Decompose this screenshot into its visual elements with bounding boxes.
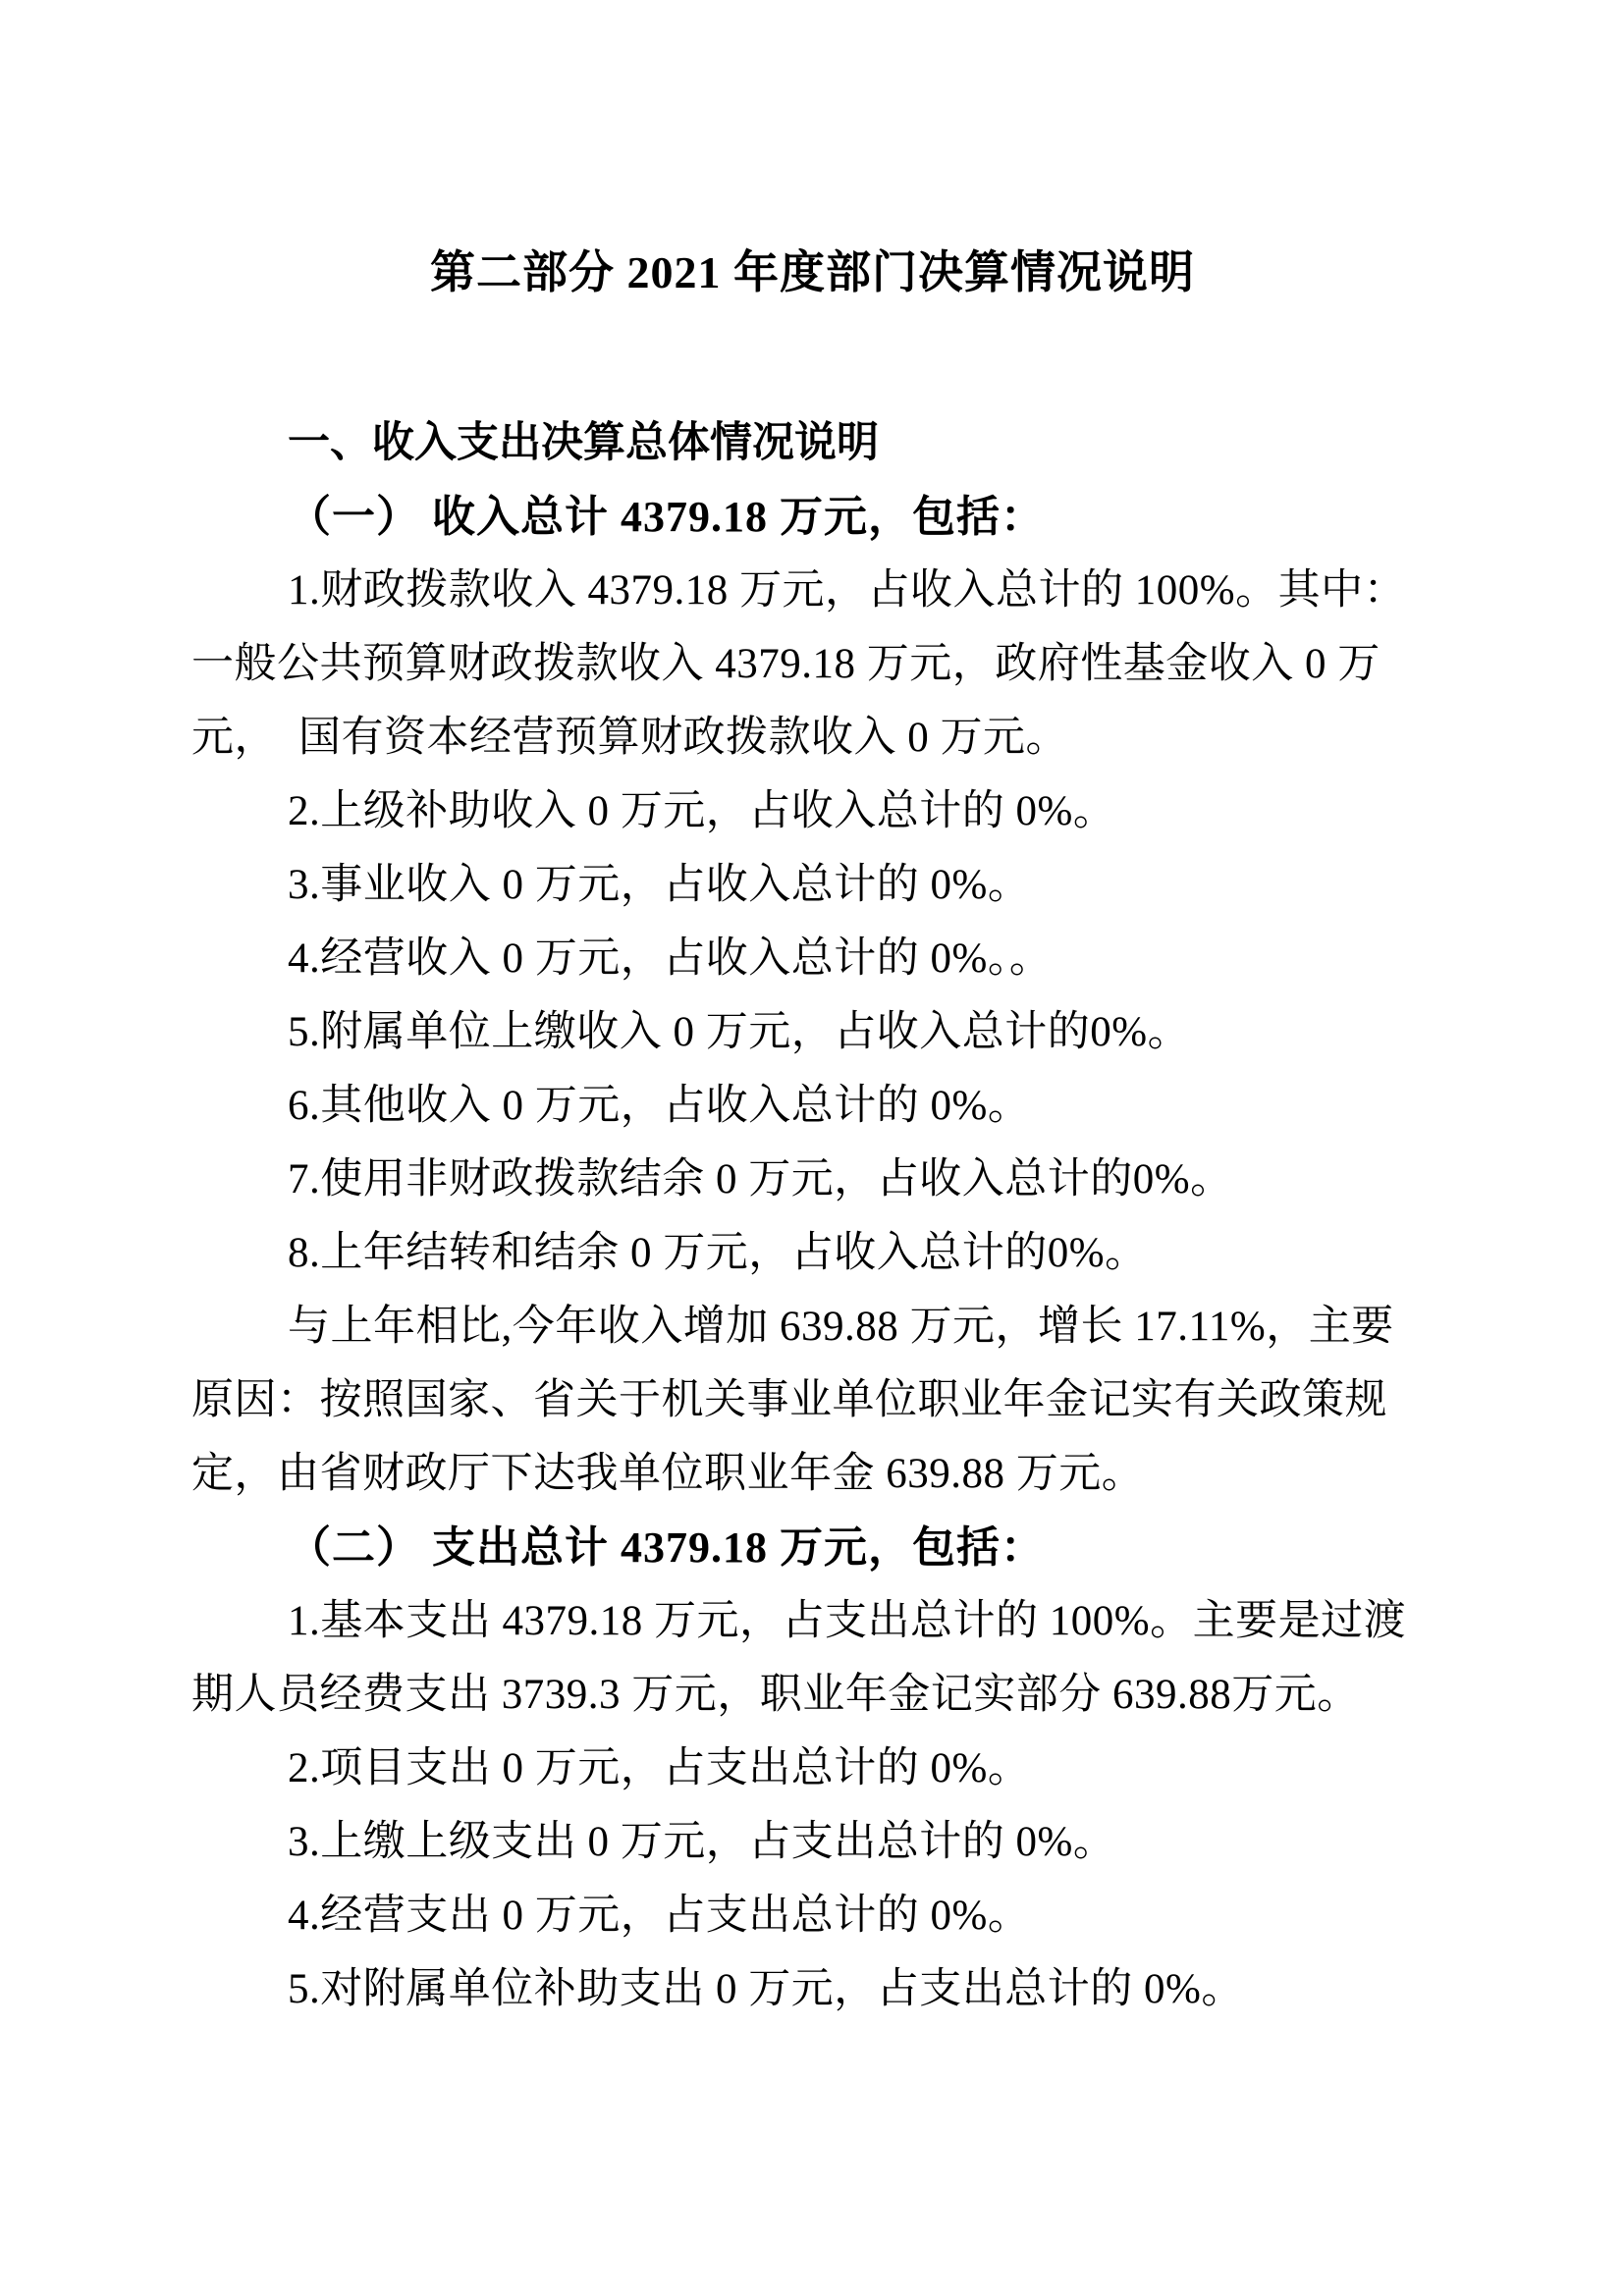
- text-line: 3.上缴上级支出 0 万元，占支出总计的 0%。: [191, 1805, 1434, 1879]
- text-line: 原因：按照国家、省关于机关事业单位职业年金记实有关政策规: [191, 1363, 1434, 1437]
- text-line: 2.上级补助收入 0 万元，占收入总计的 0%。: [191, 774, 1434, 848]
- document-page: 第二部分 2021 年度部门决算情况说明 一、收入支出决算总体情况说明（一） 收…: [0, 0, 1624, 2296]
- text-line: 1.财政拨款收入 4379.18 万元，占收入总计的 100%。其中：: [191, 554, 1434, 627]
- text-line: 6.其他收入 0 万元，占收入总计的 0%。: [191, 1069, 1434, 1143]
- text-line: （二） 支出总计 4379.18 万元，包括：: [191, 1511, 1434, 1584]
- text-line: 3.事业收入 0 万元，占收入总计的 0%。: [191, 848, 1434, 922]
- text-line: 与上年相比,今年收入增加 639.88 万元，增长 17.11%，主要: [191, 1290, 1434, 1363]
- document-title: 第二部分 2021 年度部门决算情况说明: [191, 245, 1434, 300]
- document-content: 第二部分 2021 年度部门决算情况说明 一、收入支出决算总体情况说明（一） 收…: [191, 0, 1434, 2026]
- text-line: 4.经营收入 0 万元，占收入总计的 0%。。: [191, 922, 1434, 995]
- text-line: （一） 收入总计 4379.18 万元，包括：: [191, 480, 1434, 554]
- text-line: 一般公共预算财政拨款收入 4379.18 万元，政府性基金收入 0 万: [191, 627, 1434, 701]
- text-line: 定，由省财政厅下达我单位职业年金 639.88 万元。: [191, 1437, 1434, 1511]
- text-line: 5.附属单位上缴收入 0 万元，占收入总计的0%。: [191, 995, 1434, 1069]
- text-line: 5.对附属单位补助支出 0 万元，占支出总计的 0%。: [191, 1952, 1434, 2026]
- text-line: 一、收入支出决算总体情况说明: [191, 406, 1434, 480]
- text-line: 期人员经费支出 3739.3 万元，职业年金记实部分 639.88万元。: [191, 1658, 1434, 1732]
- text-line: 1.基本支出 4379.18 万元，占支出总计的 100%。主要是过渡: [191, 1584, 1434, 1658]
- text-line: 4.经营支出 0 万元，占支出总计的 0%。: [191, 1879, 1434, 1952]
- text-line: 2.项目支出 0 万元，占支出总计的 0%。: [191, 1732, 1434, 1805]
- text-line: 8.上年结转和结余 0 万元，占收入总计的0%。: [191, 1216, 1434, 1290]
- document-body: 一、收入支出决算总体情况说明（一） 收入总计 4379.18 万元，包括：1.财…: [191, 406, 1434, 2026]
- text-line: 7.使用非财政拨款结余 0 万元，占收入总计的0%。: [191, 1143, 1434, 1216]
- text-line: 元， 国有资本经营预算财政拨款收入 0 万元。: [191, 701, 1434, 774]
